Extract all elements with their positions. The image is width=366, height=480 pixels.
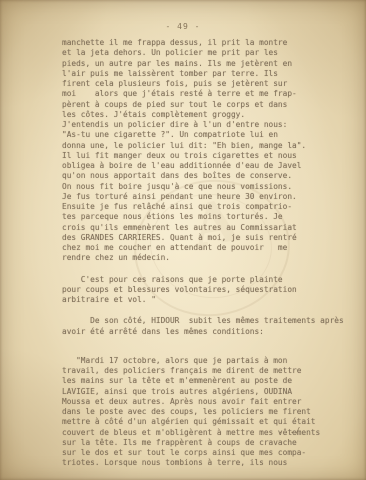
text-line: qu'on nous apportait dans des boîtes de …: [62, 171, 316, 181]
text-line: moi alors que j'étais resté à terre et m…: [62, 89, 316, 99]
text-line: Je fus torturé ainsi pendant une heure 3…: [62, 192, 316, 202]
paragraph: C'est pour ces raisons que je porte plai…: [62, 275, 316, 306]
scanned-document-page: - 49 - A manchette il me frappa dessus, …: [0, 0, 366, 480]
text-line: Ensuite je fus relâché ainsi que trois c…: [62, 202, 316, 212]
text-line: C'est pour ces raisons que je porte plai…: [62, 275, 316, 285]
text-line: sur le dos et sur tout le corps ainsi qu…: [62, 448, 316, 458]
text-line: l'air puis me laissèrent tomber par terr…: [62, 69, 316, 79]
text-line: crois qu'ils emmenèrent les autres au Co…: [62, 223, 316, 233]
text-line: manchette il me frappa dessus, il prit l…: [62, 38, 316, 48]
text-line: De son côté, HIDOUR subit les mêmes trai…: [62, 316, 316, 326]
text-line: pèrent à coups de pied sur tout le corps…: [62, 100, 316, 110]
text-line: LAVIGIE, ainsi que trois autres algérien…: [62, 387, 316, 397]
paragraph: "Mardi 17 octobre, alors que je partais …: [62, 356, 316, 469]
text-line: des GRANDES CARRIERES. Quant à moi, je s…: [62, 233, 316, 243]
text-line: sur la tête. Ils me frappèrent à coups d…: [62, 438, 316, 448]
text-line: firent cela plusieurs fois, puis se jetè…: [62, 79, 316, 89]
text-line: rendre chez un médecin.: [62, 253, 316, 263]
text-line: pour coups et blessures volontaires, séq…: [62, 285, 316, 295]
text-line: les côtes. J'étais complètement groggy.: [62, 110, 316, 120]
text-line: les mains sur la tête et m'emmenèrent au…: [62, 376, 316, 386]
text-block: manchette il me frappa dessus, il prit l…: [62, 38, 316, 480]
text-line: "As-tu une cigarette ?". Un compatriote …: [62, 130, 316, 140]
text-line: On nous fit boire jusqu'à ce que nous vo…: [62, 182, 316, 192]
text-line: Moussa et deux autres. Après nous avoir …: [62, 397, 316, 407]
text-line: triotes. Lorsque nous tombions à terre, …: [62, 458, 316, 468]
text-line: Il lui fit manger deux ou trois cigarett…: [62, 151, 316, 161]
text-line: et la jeta dehors. Un policier me prit p…: [62, 48, 316, 58]
text-line: travail, des policiers français me diren…: [62, 366, 316, 376]
page-number: - 49 -: [0, 22, 366, 31]
text-line: avoir été arrêté dans les mêmes conditio…: [62, 327, 316, 337]
text-line: pieds, un autre par les mains. Ils me je…: [62, 59, 316, 69]
text-line: arbitraire et vol. ": [62, 295, 316, 305]
text-line: tes parceque nous étions les moins tortu…: [62, 212, 316, 222]
text-line: donna une, le policier lui dit: "Eh bien…: [62, 141, 316, 151]
paragraph: De son côté, HIDOUR subit les mêmes trai…: [62, 316, 316, 337]
text-line: "Mardi 17 octobre, alors que je partais …: [62, 356, 316, 366]
text-line: J'entendis un policier dire à l'un d'ent…: [62, 120, 316, 130]
paragraph: manchette il me frappa dessus, il prit l…: [62, 38, 316, 264]
text-line: dans le poste avec des coups, les polici…: [62, 407, 316, 417]
continuation-mark: .../: [278, 426, 301, 435]
text-line: chez moi me coucher en attendant de pouv…: [62, 243, 316, 253]
text-line: obligea à boire de l'eau additionnée d'e…: [62, 161, 316, 171]
